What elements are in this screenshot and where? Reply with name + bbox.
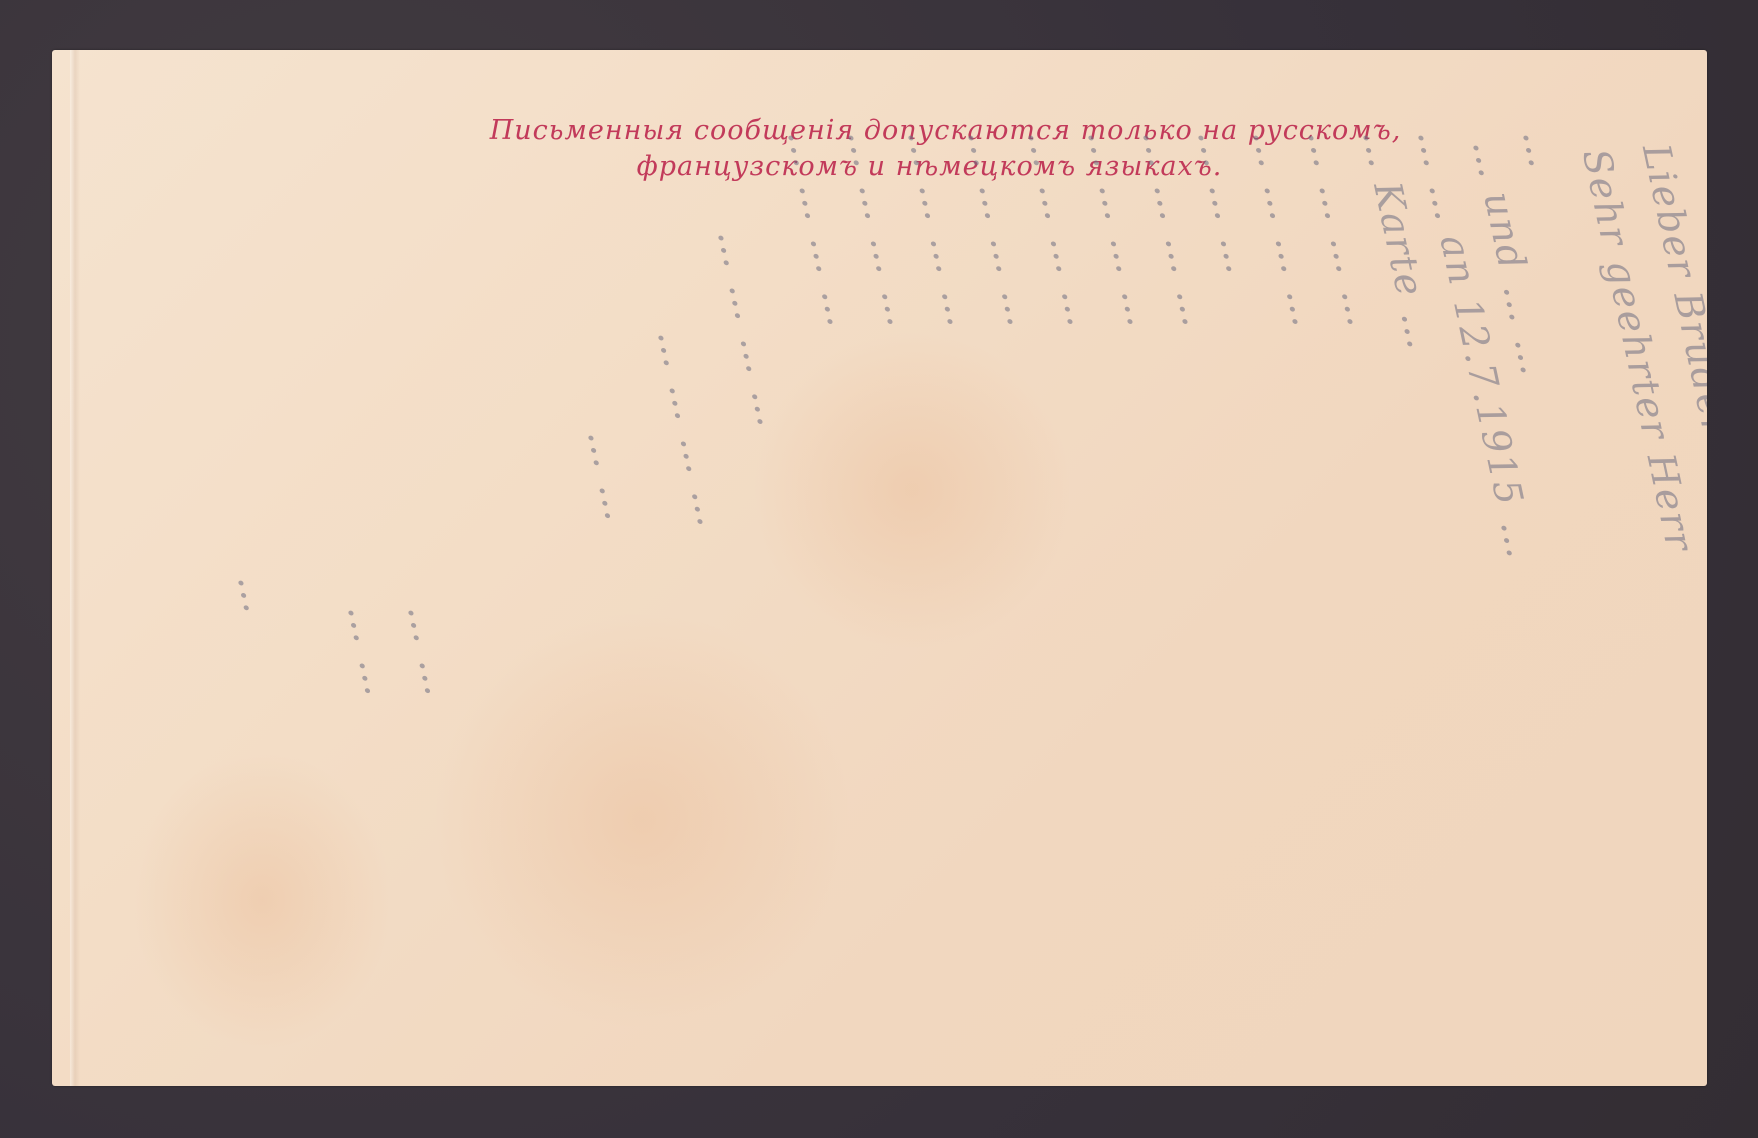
postcard: Письменныя сообщенія допускаются только … — [52, 50, 1707, 1086]
printed-header-line-2: французскомъ и нѣмецкомъ языкахъ. — [152, 149, 1707, 185]
printed-header-line-1: Письменныя сообщенія допускаются только … — [184, 113, 1707, 149]
paper-stain — [132, 750, 392, 1050]
handwriting-line: … … an 12.7.1915 … — [1409, 125, 1543, 563]
handwriting-line: Lieber Bruder 5.10.16. — [1634, 140, 1707, 624]
handwriting-line: … … — [339, 600, 402, 701]
handwriting-line: Sehr geehrter Herr — [1574, 145, 1703, 556]
printed-header: Письменныя сообщенія допускаются только … — [52, 113, 1707, 185]
paper-stain — [752, 330, 1072, 650]
handwriting-line: … … — [399, 600, 462, 701]
handwriting-line: … … — [579, 425, 642, 526]
card-fold-crease — [70, 50, 80, 1086]
handwriting-line: … — [229, 570, 280, 618]
handwriting-line: … … … … — [649, 325, 734, 532]
paper-stain — [432, 610, 852, 1030]
